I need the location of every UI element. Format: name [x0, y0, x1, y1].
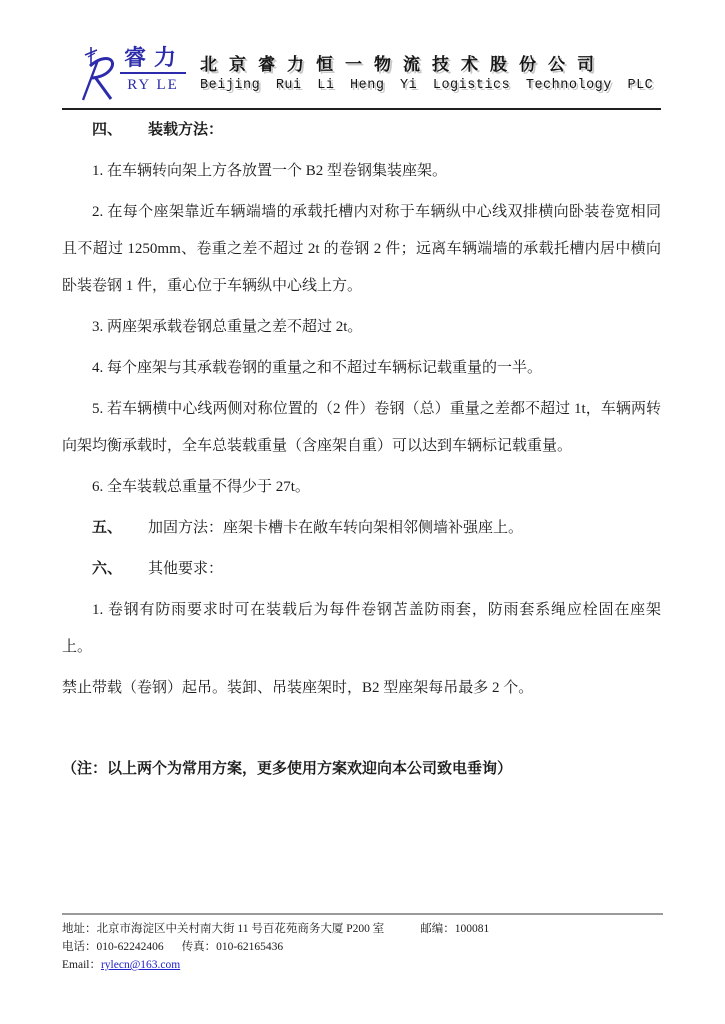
company-name-block: 北京睿力恒一物流技术股份公司 Beijing Rui Li Heng Yi Lo…	[200, 50, 653, 93]
document-page: 睿力 RY LE 北京睿力恒一物流技术股份公司 Beijing Rui Li H…	[0, 0, 725, 1024]
list-item: 1. 在车辆转向架上方各放置一个 B2 型卷钢集装座架。	[62, 153, 661, 190]
footer-fax: 传真：010-62165436	[182, 941, 284, 953]
section-6-title: 其他要求：	[148, 561, 223, 577]
list-item: 3. 两座架承载卷钢总重量之差不超过 2t。	[62, 309, 661, 346]
footer-address-row: 地址：北京市海淀区中关村南大街 11 号百花苑商务大厦 P200 室邮编：100…	[62, 920, 663, 938]
section-6-number: 六、	[92, 561, 122, 577]
section-heading-6: 六、其他要求：	[62, 551, 661, 588]
letter-footer: 地址：北京市海淀区中关村南大街 11 号百花苑商务大厦 P200 室邮编：100…	[62, 913, 663, 974]
section-5-number: 五、	[92, 520, 122, 536]
logo-r-icon	[78, 44, 118, 102]
logo-cn-text: 睿力	[120, 46, 186, 74]
company-name-en: Beijing Rui Li Heng Yi Logistics Technol…	[200, 78, 653, 93]
section-4-title: 装载方法：	[148, 122, 223, 138]
section-heading-5: 五、加固方法：座架卡槽卡在敞车转向架相邻侧墙补强座上。	[62, 510, 661, 547]
note-paragraph: （注：以上两个为常用方案，更多使用方案欢迎向本公司致电垂询）	[62, 751, 661, 788]
list-item: 5. 若车辆横中心线两侧对称位置的（2 件）卷钢（总）重量之差都不超过 1t，车…	[62, 391, 661, 465]
letterhead: 睿力 RY LE 北京睿力恒一物流技术股份公司 Beijing Rui Li H…	[62, 44, 661, 110]
list-item: 6. 全车装载总重量不得少于 27t。	[62, 469, 661, 506]
list-item: 2. 在每个座架靠近车辆端墙的承载托槽内对称于车辆纵中心线双排横向卧装卷宽相同且…	[62, 194, 661, 305]
company-name-cn: 北京睿力恒一物流技术股份公司	[200, 50, 653, 75]
footer-phone-row: 电话：010-62242406传真：010-62165436	[62, 938, 663, 956]
logo-wordmark: 睿力 RY LE	[120, 46, 186, 94]
footer-phone: 电话：010-62242406	[62, 941, 164, 953]
footer-email-link[interactable]: rylecn@163.com	[101, 959, 180, 971]
footer-address: 地址：北京市海淀区中关村南大街 11 号百花苑商务大厦 P200 室	[62, 923, 384, 935]
list-item: 4. 每个座架与其承载卷钢的重量之和不超过车辆标记载重量的一半。	[62, 350, 661, 387]
section-5-title: 加固方法：座架卡槽卡在敞车转向架相邻侧墙补强座上。	[148, 520, 523, 536]
footer-postcode: 邮编：100081	[420, 923, 489, 935]
footer-email-label: Email：	[62, 959, 101, 971]
document-body: 四、装载方法： 1. 在车辆转向架上方各放置一个 B2 型卷钢集装座架。 2. …	[62, 112, 661, 792]
company-logo: 睿力 RY LE	[78, 44, 186, 102]
list-item: 1. 卷钢有防雨要求时可在装载后为每件卷钢苫盖防雨套，防雨套系绳应栓固在座架上。	[62, 592, 661, 666]
footer-email-row: Email：rylecn@163.com	[62, 956, 663, 974]
section-4-number: 四、	[92, 122, 122, 138]
logo-en-text: RY LE	[120, 76, 186, 94]
section-heading-4: 四、装载方法：	[62, 112, 661, 149]
plain-paragraph: 禁止带载（卷钢）起吊。装卸、吊装座架时，B2 型座架每吊最多 2 个。	[62, 670, 661, 707]
